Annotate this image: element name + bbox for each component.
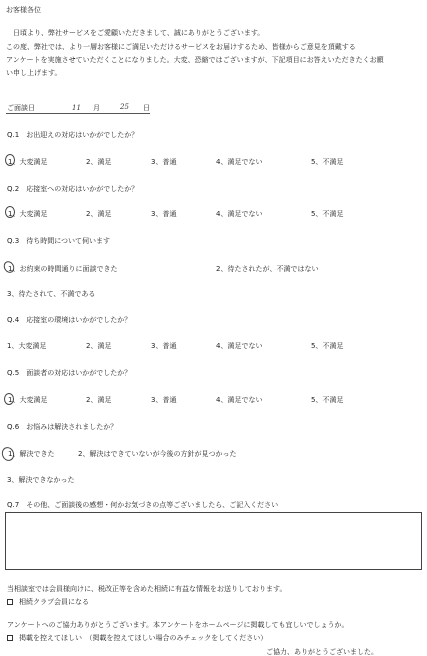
option-2[interactable]: 2、解決はできていないが今後の方針が見つかった: [78, 449, 236, 459]
option-5[interactable]: 5、不満足: [311, 209, 343, 219]
option-2[interactable]: 2、待たされたが、不満ではない: [216, 264, 318, 274]
date-underline: [6, 113, 150, 114]
club-checkbox-row[interactable]: 相続クラブ会員になる: [7, 598, 89, 607]
club-notice: 当相談室では会員様向けに、税改正等を含めた相続に有益な情報をお送りしております。: [7, 585, 286, 594]
date-month-value[interactable]: 11: [72, 104, 81, 113]
option-3[interactable]: 3、普通: [151, 341, 176, 351]
club-checkbox[interactable]: [7, 599, 13, 605]
option-2[interactable]: 2、満足: [86, 157, 111, 167]
date-day-value[interactable]: 25: [120, 103, 129, 112]
date-label: ご面談日: [7, 104, 35, 113]
option-4[interactable]: 4、満足でない: [216, 395, 262, 405]
option-4[interactable]: 4、満足でない: [216, 209, 262, 219]
option-1[interactable]: 1、大変満足: [8, 157, 47, 167]
question-label: Q.5 面談者の対応はいかがでしたか？: [7, 369, 131, 378]
question-label: Q.2 応接室への対応はいかがでしたか？: [7, 185, 138, 194]
option-1[interactable]: 1、解決できた: [8, 449, 54, 459]
option-2[interactable]: 2、満足: [86, 209, 111, 219]
option-1[interactable]: 1、大変満足: [7, 341, 46, 351]
intro-line-1: 日頃より、弊社サービスをご愛顧いただきまして、誠にありがとうございます。: [6, 29, 264, 38]
option-3[interactable]: 3、解決できなかった: [7, 475, 74, 485]
intro-line-2: この度、弊社では、より一層お客様にご満足いただけるサービスをお届けするため、皆様…: [6, 43, 356, 52]
option-1[interactable]: 1、お約束の時間通りに面談できた: [8, 264, 117, 274]
option-5[interactable]: 5、不満足: [311, 157, 343, 167]
option-5[interactable]: 5、不満足: [311, 341, 343, 351]
question-label: Q.6 お悩みは解決されましたか？: [7, 423, 117, 432]
option-3[interactable]: 3、待たされて、不満である: [7, 289, 95, 299]
question-label: Q.7 その他、ご面談後の感想・何かお気づきの点等ございましたら、ご記入ください: [7, 501, 278, 510]
option-2[interactable]: 2、満足: [86, 395, 111, 405]
publish-checkbox[interactable]: [7, 635, 13, 641]
option-4[interactable]: 4、満足でない: [216, 341, 262, 351]
publish-notice: アンケートへのご協力ありがとうございます。本アンケートをホームページに掲載しても…: [7, 621, 348, 630]
question-label: Q.3 待ち時間について伺います: [7, 237, 110, 246]
question-label: Q.1 お出迎えの対応はいかがでしたか？: [7, 131, 138, 140]
option-3[interactable]: 3、普通: [151, 395, 176, 405]
option-5[interactable]: 5、不満足: [311, 395, 343, 405]
option-3[interactable]: 3、普通: [151, 157, 176, 167]
intro-line-3: アンケートを実施させていただくことになりました。大変、恐縮ではございますが、下記…: [6, 56, 384, 65]
comment-textarea[interactable]: [5, 512, 422, 570]
option-4[interactable]: 4、満足でない: [216, 157, 262, 167]
option-3[interactable]: 3、普通: [151, 209, 176, 219]
thanks-message: ご協力、ありがとうございました。: [266, 648, 378, 656]
option-1[interactable]: 1、大変満足: [8, 209, 47, 219]
salutation: お客様各位: [6, 6, 41, 15]
publish-checkbox-label: 掲載を控えてほしい （掲載を控えてほしい場合のみチェックをしてください）: [19, 634, 267, 642]
date-month-label: 月: [93, 104, 100, 113]
intro-line-4: い申し上げます。: [6, 69, 61, 78]
question-label: Q.4 応接室の環境はいかがでしたか？: [7, 316, 131, 325]
club-checkbox-label: 相続クラブ会員になる: [19, 598, 89, 606]
publish-checkbox-row[interactable]: 掲載を控えてほしい （掲載を控えてほしい場合のみチェックをしてください）: [7, 634, 267, 643]
date-day-label: 日: [143, 104, 150, 113]
option-1[interactable]: 1、大変満足: [8, 395, 47, 405]
option-2[interactable]: 2、満足: [86, 341, 111, 351]
